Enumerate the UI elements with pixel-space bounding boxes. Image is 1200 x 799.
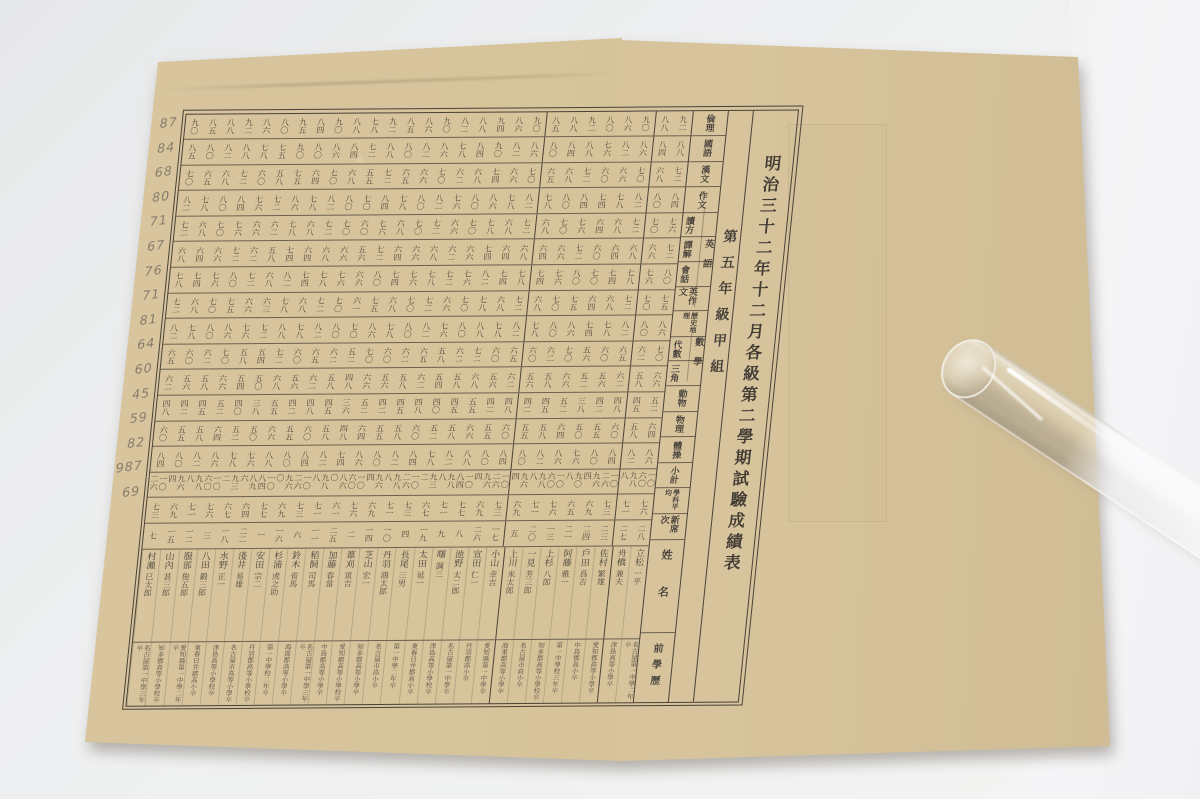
grade-value: 八六: [638, 141, 649, 157]
grade-value: 八〇: [517, 449, 528, 465]
grade-value: 七六: [667, 217, 678, 233]
grade-value: 七八: [543, 193, 554, 209]
grade-value: 四八: [161, 400, 172, 416]
grade-value: 七〇: [328, 169, 339, 185]
grade-value: 七〇: [349, 322, 360, 338]
grade-value: 七一: [186, 502, 197, 518]
grade-value: 七八: [493, 321, 504, 337]
grade-value: 九〇: [493, 142, 504, 158]
grade-value: 八六: [623, 115, 634, 131]
grade-value: 六六: [464, 423, 475, 439]
grade-value: 六二: [615, 371, 626, 387]
grade-value: 四五: [395, 398, 406, 414]
given-name: 俊五郎: [179, 572, 190, 596]
grade-value: 九八八: [310, 473, 330, 494]
grade-value: 九〇: [295, 143, 306, 159]
grade-value: 四二: [485, 398, 496, 414]
surname: 山內: [163, 551, 175, 569]
margin-number: [137, 503, 138, 527]
grade-value: 六四: [647, 422, 658, 438]
surname: 芝山: [362, 550, 374, 568]
grade-value: 七四: [390, 271, 401, 287]
given-name: 宏一: [361, 571, 372, 587]
grade-value: 八二: [524, 193, 535, 209]
grade-value: 六四: [212, 425, 223, 441]
margin-number: 71: [142, 281, 161, 308]
grade-value: 八六: [514, 116, 525, 132]
grade-value: 五五: [591, 423, 602, 439]
results-table: 878468807167767181646045598298769 九〇八五八八…: [91, 107, 597, 710]
grade-value: 七二: [272, 195, 283, 211]
grade-value: 七三: [403, 501, 414, 517]
grade-value: 四二: [179, 400, 190, 416]
grade-value: 六六: [418, 168, 429, 184]
grade-value: 六〇: [302, 425, 313, 441]
grade-value: 六四: [538, 244, 549, 260]
grade-value: 五〇: [573, 423, 584, 439]
subject-label: 國語: [689, 136, 726, 162]
previous-education-text: 海東郡高等小學卒: [495, 642, 508, 694]
grade-value: 七八: [485, 219, 496, 235]
grade-value: 七三: [150, 502, 161, 518]
grade-value: 五八: [398, 373, 409, 389]
grade-value: 八〇: [205, 144, 216, 160]
previous-education-text: 名古屋市高小卒: [369, 643, 381, 689]
grade-value: 五〇: [253, 374, 264, 390]
grade-value: 九八八: [436, 472, 456, 493]
grade-value: 五五: [269, 399, 280, 415]
margin-number: 67: [147, 232, 166, 259]
margin-number: 987: [115, 453, 143, 481]
grade-value: 六五: [508, 346, 519, 362]
grade-value: 七六: [548, 500, 559, 516]
grade-value: 七二: [367, 143, 378, 159]
grade-value: 六八: [655, 166, 666, 182]
grade-value: 四五: [540, 397, 551, 413]
grade-value: 六九: [584, 499, 595, 515]
grade-value: 八〇: [605, 116, 616, 132]
margin-number: 64: [137, 330, 156, 357]
grade-value: 五二: [558, 397, 569, 413]
grade-value: 四八: [343, 373, 354, 389]
previous-education-text: 第一中學二年卒: [387, 642, 399, 688]
grade-value: 六八: [387, 296, 398, 312]
grade-value: 八〇: [639, 320, 650, 336]
grade-value: 八六: [424, 117, 435, 133]
grade-value: 八四: [349, 143, 360, 159]
grade-value: 九八八: [184, 474, 204, 495]
grade-value: 六八: [604, 295, 615, 311]
previous-education-text: 第一中學校三年卒: [550, 641, 563, 693]
subject-label: 動物: [664, 386, 701, 412]
grade-value: 三六: [341, 399, 352, 415]
grade-value: 三八: [576, 397, 587, 413]
given-name: 虎之助: [270, 571, 281, 595]
grade-value: 七一: [385, 501, 396, 517]
given-name: 三男: [397, 570, 408, 586]
grade-value: 七二: [444, 270, 455, 286]
grade-value: 六八: [612, 218, 623, 234]
grade-value: 七四: [607, 269, 618, 285]
grade-value: 八四: [566, 141, 577, 157]
grade-value: 六四: [594, 218, 605, 234]
grade-value: 七五: [568, 295, 579, 311]
grade-value: 六〇: [609, 422, 620, 438]
grade-value: 六八: [264, 271, 275, 287]
grade-value: 七〇: [405, 296, 416, 312]
grade-value: 二八: [636, 525, 647, 541]
grade-value: 八六: [657, 320, 668, 336]
grade-value: 六二: [506, 372, 517, 388]
grade-value: 七五: [292, 169, 303, 185]
grade-value: 七五: [660, 294, 671, 310]
grade-value: 八〇: [662, 269, 673, 285]
grade-cell: 二七: [612, 520, 634, 545]
grade-value: 七八: [625, 269, 636, 285]
photo-of-meiji-grade-report: 878468807167767181646045598298769 九〇八五八八…: [0, 0, 1200, 799]
grade-value: 八〇: [652, 192, 663, 208]
grade-value: 八四: [315, 118, 326, 134]
given-name: 兼夫: [614, 569, 625, 585]
grade-value: 八八: [385, 143, 396, 159]
grade-value: 七二: [673, 166, 684, 182]
grade-value: 六六: [652, 371, 663, 387]
grade-value: 五八: [628, 422, 639, 438]
grade-value: 一〇八四: [256, 473, 276, 494]
grade-value: 七〇: [642, 294, 653, 310]
grade-value: 五二: [359, 399, 370, 415]
grade-value: 七八: [506, 193, 517, 209]
grade-value: 八二: [192, 451, 203, 467]
grade-value: 二六: [472, 526, 483, 542]
grade-value: 七〇: [649, 218, 660, 234]
grade-value: 六二: [248, 246, 259, 262]
grade-value: 七五: [369, 296, 380, 312]
grade-value: 七八: [426, 270, 437, 286]
grade-value: 八二: [318, 450, 329, 466]
grade-value: 六五: [617, 346, 628, 362]
grade-value: 五八: [266, 246, 277, 262]
grade-value: 六八: [220, 169, 231, 185]
margin-number: 45: [132, 379, 151, 406]
grade-value: 七六: [210, 272, 221, 288]
grade-value: 六二: [163, 374, 174, 390]
grade-cell: 八八: [654, 111, 676, 136]
grade-value: 六八: [297, 297, 308, 313]
grade-value: 九八八: [619, 471, 639, 492]
grade-value: 八六: [439, 142, 450, 158]
grade-value: 八六〇: [328, 473, 348, 494]
grade-value: 七五: [225, 297, 236, 313]
grade-value: 八五: [406, 117, 417, 133]
grade-value: 七二: [431, 219, 442, 235]
grade-value: 六五: [566, 499, 577, 515]
surname: 服部: [181, 551, 193, 569]
grade-row: 八五八〇八二八八七八七五九〇八〇八六八四七二八八八〇八二八六七八八四九〇八二八六…: [182, 136, 691, 165]
grade-value: 六九: [512, 500, 523, 516]
grade-value: 七二: [246, 272, 257, 288]
grade-value: 五八: [238, 348, 249, 364]
grade-value: 六四: [302, 246, 313, 262]
grade-value: 六五: [418, 347, 429, 363]
grade-value: 六八: [472, 168, 483, 184]
grade-value: 六〇: [500, 423, 511, 439]
surname: 杉浦: [272, 550, 284, 568]
grade-value: 五六: [380, 373, 391, 389]
grade-value: 五四: [235, 374, 246, 390]
surname: 宣田: [471, 549, 483, 567]
grade-value: 八四: [657, 141, 668, 157]
grade-value: 六八: [176, 246, 187, 262]
grade-value: 八六: [488, 193, 499, 209]
grade-cell: 五八: [628, 367, 650, 392]
grade-value: 八八: [675, 141, 686, 157]
grade-value: 四五: [323, 399, 334, 415]
grade-value: 八六: [553, 448, 564, 464]
previous-education-header-text: 前學歷: [645, 643, 665, 691]
surname: 上川: [507, 549, 519, 567]
subject-label: 倫理: [692, 110, 729, 136]
grade-value: 七六: [639, 499, 650, 515]
subject-label: 物理: [661, 412, 698, 438]
grade-value: 一二: [184, 528, 195, 544]
previous-education-text: 丹羽郡高小卒: [461, 642, 472, 681]
grade-value: 六〇: [527, 346, 538, 362]
grade-value: 七六: [571, 448, 582, 464]
grade-value: 六八: [628, 243, 639, 259]
subject-label-text: 動物: [676, 389, 688, 407]
grade-value: 六二: [202, 349, 213, 365]
grade-value: 八〇: [344, 194, 355, 210]
grade-value: 八六: [331, 143, 342, 159]
grade-value: 九六四: [364, 473, 384, 494]
grade-value: 六八: [470, 372, 481, 388]
grade-value: 八二: [511, 142, 522, 158]
previous-education-text: 津島高等小學卒: [605, 641, 617, 687]
grade-value: 一〇六〇: [346, 473, 366, 494]
surname: 上杉: [543, 548, 555, 566]
grade-value: 七〇: [459, 296, 470, 312]
grade-value: 一〇二六: [292, 473, 312, 494]
grade-value: 五五: [482, 423, 493, 439]
grade-value: 二二: [238, 527, 249, 543]
grade-value: 六五: [166, 349, 177, 365]
grade-value: 六〇: [184, 349, 195, 365]
grade-value: 六二: [307, 373, 318, 389]
grade-value: 八〇: [228, 272, 239, 288]
grade-value: 七三: [294, 501, 305, 517]
margin-number: 71: [149, 207, 168, 234]
given-name: 八郎: [542, 569, 553, 585]
grade-value: 一〇二六: [148, 474, 168, 495]
grade-value: 五六: [597, 371, 608, 387]
grade-cell: 八五: [545, 112, 567, 137]
grade-value: 六四: [194, 246, 205, 262]
subject-label-text: 會話: [679, 265, 691, 283]
grade-value: 八〇: [218, 195, 229, 211]
grade-value: 八八: [569, 116, 580, 132]
grade-value: 七八: [200, 195, 211, 211]
grade-value: 七〇: [413, 219, 424, 235]
grade-value: 五六: [181, 374, 192, 390]
grade-value: 五二: [428, 424, 439, 440]
grade-value: 八二: [313, 322, 324, 338]
grade-value: 六〇: [592, 244, 603, 260]
grade-value: 五二: [579, 371, 590, 387]
grade-value: 八六: [354, 450, 365, 466]
grade-value: 八二: [633, 192, 644, 208]
subject-label-text: 漢文: [699, 165, 711, 183]
grade-value: 八二: [169, 323, 180, 339]
surname: 池野: [453, 549, 465, 567]
grade-value: 九〇: [641, 115, 652, 131]
previous-education-text: 知多郡高等小學校卒: [151, 644, 164, 703]
grade-value: 八二: [535, 449, 546, 465]
grade-value: 六二: [328, 348, 339, 364]
surname: 淺井: [236, 551, 248, 569]
grade-value: 七〇: [333, 296, 344, 312]
grade-value: 六六: [556, 244, 567, 260]
grade-value: 五二: [215, 400, 226, 416]
grade-row: 八二七八八〇八六七六七二八八七八八二八〇七〇八六七八八〇八二七六八〇八八七八八二…: [164, 315, 673, 344]
grade-value: 七八: [516, 270, 527, 286]
grade-value: 四五: [197, 400, 208, 416]
grade-cell: 五八: [623, 418, 645, 443]
grade-value: 六八: [189, 297, 200, 313]
grade-value: 二四: [581, 525, 592, 541]
surname: 八田: [199, 551, 211, 569]
name-header-text: 姓名: [651, 549, 675, 623]
grade-value: 八八: [241, 144, 252, 160]
grade-value: 六六: [266, 425, 277, 441]
grade-value: 一〇六〇: [202, 474, 222, 495]
grade-value: 六〇: [256, 169, 267, 185]
grade-row: 六二五六五八六六五四五〇六八五六六二五八四八六六五六五八六二五四五八六八五六六二…: [158, 367, 667, 396]
grade-value: 七七: [457, 500, 468, 516]
grade-value: 一〇: [382, 526, 393, 542]
grade-value: 一七: [490, 526, 501, 542]
previous-education-text: 中島郡高等小學卒: [314, 643, 327, 695]
grade-value: 七六: [553, 269, 564, 285]
grade-value: 八四: [475, 142, 486, 158]
given-name: 春當: [325, 571, 336, 587]
grade-value: 九八八: [527, 472, 547, 493]
grade-value: 七八: [187, 323, 198, 339]
grade-value: 八五: [551, 116, 562, 132]
grade-value: 四八: [338, 424, 349, 440]
grade-value: 九六四: [472, 472, 492, 493]
grade-value: 八二: [326, 194, 337, 210]
grade-value: 七六: [452, 193, 463, 209]
surname: 長尾: [398, 549, 410, 567]
grade-value: 五八: [199, 374, 210, 390]
grade-value: 五六: [488, 372, 499, 388]
previous-education-text: 中島郡高小卒: [569, 641, 580, 680]
grade-value: 八八: [584, 141, 595, 157]
grade-value: 六八: [519, 244, 530, 260]
grade-value: 四五: [631, 397, 642, 413]
grade-value: 六八: [532, 295, 543, 311]
grade-value: 七〇: [526, 167, 537, 183]
given-name: 宗二: [252, 571, 263, 587]
grade-value: 七〇: [467, 219, 478, 235]
previous-education-text: 名古屋第一中學卒: [441, 642, 454, 694]
grade-value: 六四: [240, 502, 251, 518]
grade-value: 八二: [390, 450, 401, 466]
subject-label-text: 國語: [702, 139, 714, 157]
surname: 舟橋: [616, 548, 628, 566]
grade-value: 六六: [441, 296, 452, 312]
grade-row: 七二六八七〇七六六六六二七八六八七二七〇六〇七六六八七〇七二六六七〇七八六八七二…: [174, 213, 683, 242]
grade-value: 六八: [320, 245, 331, 261]
subject-label-text: 譯解: [681, 240, 693, 258]
surname: 村瀨: [145, 551, 157, 569]
grade-value: 七一: [530, 500, 541, 516]
grade-value: 七八: [457, 142, 468, 158]
grade-value: 六六: [217, 374, 228, 390]
grade-value: 八〇: [372, 450, 383, 466]
grade-value: 八四: [156, 451, 167, 467]
grade-value: 五五: [176, 425, 187, 441]
grade-value: 六四: [610, 243, 621, 259]
surname: 加藤: [326, 550, 338, 568]
grade-value: 七八: [426, 449, 437, 465]
grade-value: 六七: [222, 502, 233, 518]
grade-value: 八二: [282, 271, 293, 287]
grade-value: 六六: [617, 167, 628, 183]
given-name: 米太郎: [505, 570, 516, 594]
grade-row: 六五六〇六二七〇五八五四七二六〇六五六二五二七〇六〇六二六五五八六二七二六〇六五…: [161, 341, 670, 370]
subject-label: 新席次: [651, 514, 688, 540]
grade-value: 八二: [460, 117, 471, 133]
grade-row: 七一五一二三一八二二一一六六一一二五二一四一〇四一九九八二六一七五二〇一三二一二…: [143, 520, 652, 549]
surname: 稻飼: [308, 550, 320, 568]
grade-value: 七二: [375, 245, 386, 261]
grade-value: 八〇: [174, 451, 185, 467]
grade-value: 九〇八: [563, 471, 583, 492]
margin-number: 59: [129, 404, 148, 431]
grade-value: 七七: [258, 502, 269, 518]
grade-value: 六八: [346, 169, 357, 185]
grade-value: 六六: [449, 219, 460, 235]
grade-cell: 八〇: [633, 316, 655, 341]
grade-value: 四五: [449, 398, 460, 414]
given-name: 延一: [415, 570, 426, 586]
subject-label-text: 三角: [669, 364, 681, 382]
grade-value: 六〇: [410, 424, 421, 440]
grade-value: 六九: [168, 502, 179, 518]
grade-value: 七二: [238, 169, 249, 185]
grade-value: 一〇二六: [600, 471, 620, 492]
grade-value: 五二: [230, 425, 241, 441]
grade-value: 七二: [472, 347, 483, 363]
grade-value: 六三: [261, 297, 272, 313]
grade-value: 四八: [413, 398, 424, 414]
previous-education-text: 津島高等小學校卒: [206, 644, 219, 696]
grade-value: 八〇: [372, 271, 383, 287]
grade-value: 八〇: [313, 143, 324, 159]
grade-value: 一三: [545, 525, 556, 541]
grade-value: 七八: [259, 144, 270, 160]
previous-education-text: 名古屋市高等小學卒: [223, 644, 236, 703]
grade-value: 六六: [561, 372, 572, 388]
grade-value: 七〇: [364, 347, 375, 363]
grade-value: 六八: [271, 374, 282, 390]
grade-value: 七〇: [207, 297, 218, 313]
grade-cell: 七六: [638, 264, 660, 289]
grade-value: 六二: [636, 346, 647, 362]
margin-number: 68: [154, 158, 173, 185]
